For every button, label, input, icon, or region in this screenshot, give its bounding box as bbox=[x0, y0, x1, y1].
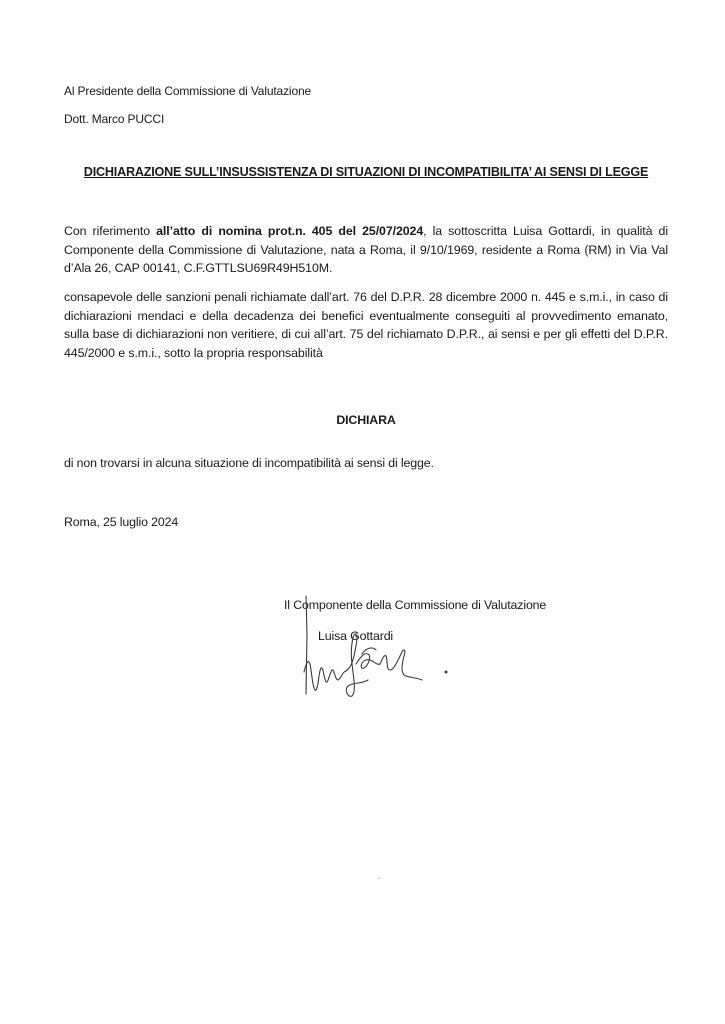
document-page: Al Presidente della Commissione di Valut… bbox=[0, 0, 725, 1024]
scan-speck bbox=[378, 877, 381, 879]
paragraph-appointment: Con riferimento all’atto di nomina prot.… bbox=[64, 222, 668, 278]
document-title: DICHIARAZIONE SULL’INSUSSISTENZA DI SITU… bbox=[64, 165, 668, 179]
declare-heading: DICHIARA bbox=[64, 413, 668, 427]
place-date: Roma, 25 luglio 2024 bbox=[64, 515, 178, 529]
paragraph-awareness: consapevole delle sanzioni penali richia… bbox=[64, 288, 668, 362]
declaration-statement: di non trovarsi in alcuna situazione di … bbox=[64, 456, 434, 470]
appointment-reference: all’atto di nomina prot.n. 405 del 25/07… bbox=[156, 224, 423, 238]
recipient-line: Al Presidente della Commissione di Valut… bbox=[64, 84, 311, 98]
recipient-name: Dott. Marco PUCCI bbox=[64, 112, 164, 126]
handwritten-signature bbox=[294, 594, 464, 714]
paragraph-intro: Con riferimento bbox=[64, 224, 156, 238]
